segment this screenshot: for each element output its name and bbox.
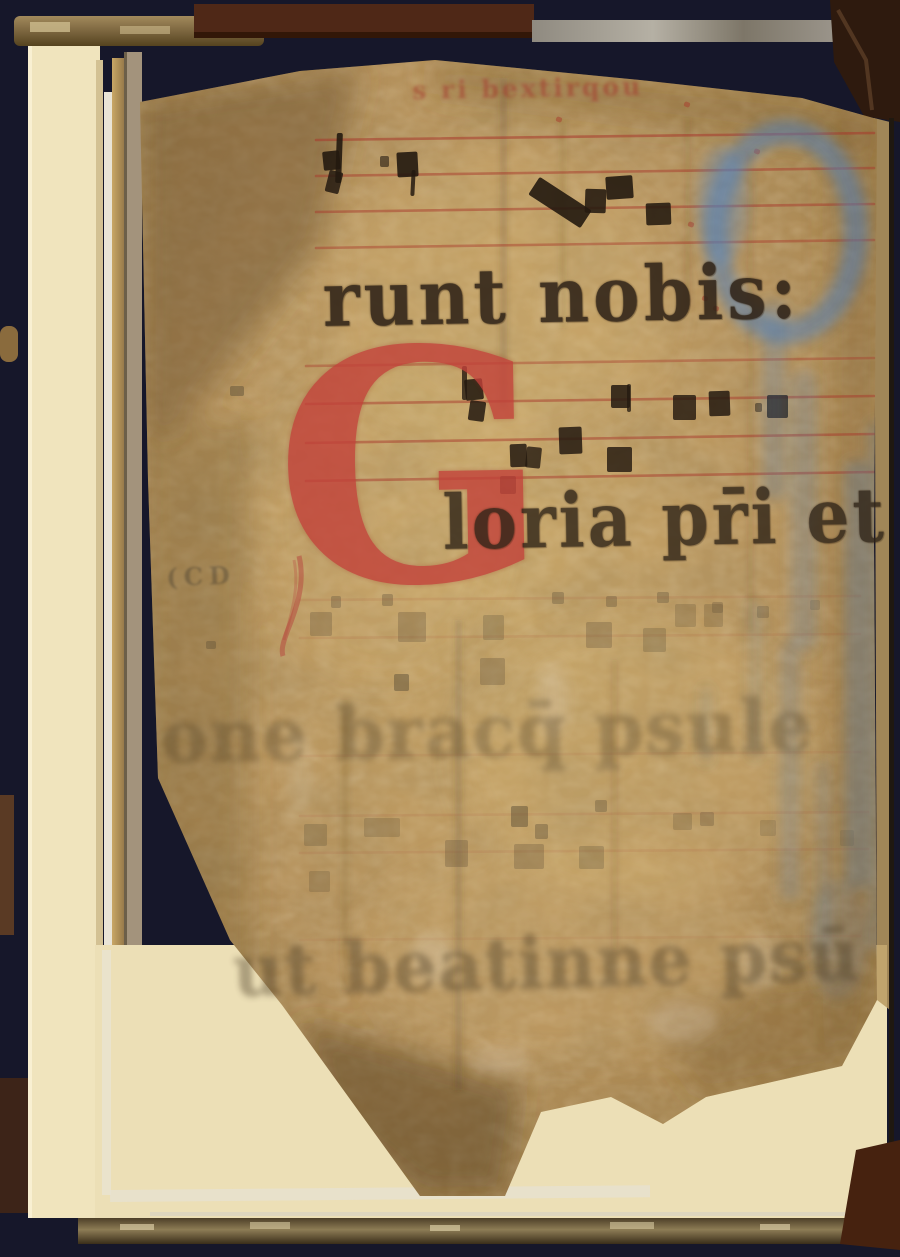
manuscript-photo (0, 0, 900, 1257)
manuscript-photo-stage: s ri bextirqou runt nobis: G loria pr̄i … (0, 0, 900, 1257)
right-page-edge (874, 118, 894, 1148)
